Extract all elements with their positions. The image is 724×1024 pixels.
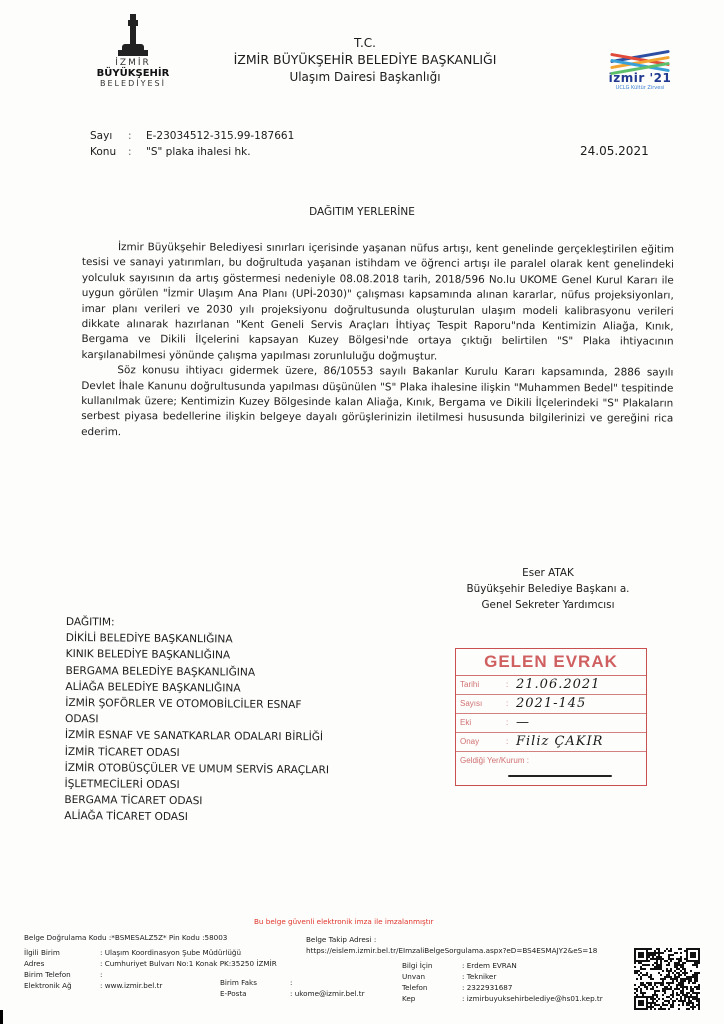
stamp-separator: : bbox=[506, 695, 516, 713]
footer-label: Birim Telefon bbox=[24, 969, 100, 980]
stamp-handwritten-line bbox=[508, 775, 612, 777]
distribution-item: KINIK BELEDİYE BAŞKANLIĞINA bbox=[66, 646, 331, 665]
footer-label: İlgili Birim bbox=[24, 947, 100, 958]
footer-value: : Ulaşım Koordinasyon Şube Müdürlüğü bbox=[100, 947, 310, 958]
stamp-value: 2021-145 bbox=[516, 695, 586, 713]
footer-label: Birim Faks bbox=[220, 977, 290, 988]
letterhead-department: Ulaşım Dairesi Başkanlığı bbox=[200, 69, 530, 86]
sayi-separator: : bbox=[128, 128, 146, 144]
distribution-item: BERGAMA BELEDİYE BAŞKANLIĞINA bbox=[65, 663, 330, 682]
document-meta: Sayı : E-23034512-315.99-187661 Konu : "… bbox=[90, 128, 294, 160]
distribution-item: İZMİR ŞOFÖRLER VE OTOMOBİLCİLER ESNAF bbox=[65, 695, 330, 714]
konu-separator: : bbox=[128, 144, 146, 160]
recipient-heading: DAĞITIM YERLERİNE bbox=[0, 206, 724, 218]
stamp-value: — bbox=[516, 714, 530, 732]
letterhead-tc: T.C. bbox=[200, 36, 530, 51]
footer-value: : Cumhuriyet Bulvarı No:1 Konak PK:35250… bbox=[100, 958, 310, 969]
tracking-label: Belge Takip Adresi : bbox=[306, 934, 597, 945]
incoming-document-stamp: GELEN EVRAK Tarihi : 21.06.2021 Sayısı :… bbox=[455, 648, 647, 786]
footer-value: : 2322931687 bbox=[462, 982, 512, 993]
body-paragraph-1: İzmir Büyükşehir Belediyesi sınırları iç… bbox=[81, 240, 674, 366]
distribution-item: İZMİR ESNAF VE SANATKARLAR ODALARI BİRLİ… bbox=[65, 727, 330, 746]
stamp-title: GELEN EVRAK bbox=[456, 649, 646, 676]
footer-value: : Tekniker bbox=[462, 971, 496, 982]
footer-row: Telefon : 2322931687 bbox=[402, 982, 603, 993]
ribbon-logo-icon bbox=[608, 52, 672, 72]
footer-value: : Erdem EVRAN bbox=[462, 960, 517, 971]
stamp-label: Sayısı bbox=[456, 695, 506, 713]
signer-title-2: Genel Sekreter Yardımcısı bbox=[448, 597, 648, 613]
qr-code-icon bbox=[634, 948, 700, 1010]
footer-label: E-Posta bbox=[220, 988, 290, 999]
footer-row: Birim Faks : bbox=[220, 977, 365, 988]
stamp-row-attachment: Eki : — bbox=[456, 714, 646, 733]
document-date: 24.05.2021 bbox=[580, 144, 649, 158]
signer-title-1: Büyükşehir Belediye Başkanı a. bbox=[448, 581, 648, 597]
izmir-21-logo: izmir '21 UCLG Kültür Zirvesi bbox=[608, 52, 672, 92]
sayi-row: Sayı : E-23034512-315.99-187661 bbox=[90, 128, 294, 144]
konu-label: Konu bbox=[90, 144, 128, 160]
kep-link[interactable]: : izmirbuyuksehirbelediye@hs01.kep.tr bbox=[462, 993, 603, 1004]
footer-label: Adres bbox=[24, 958, 100, 969]
stamp-label: Onay bbox=[456, 733, 506, 751]
footer-row: Kep : izmirbuyuksehirbelediye@hs01.kep.t… bbox=[402, 993, 603, 1004]
footer-label: Kep bbox=[402, 993, 462, 1004]
stamp-separator: : bbox=[506, 733, 516, 751]
izmir-21-tagline: UCLG Kültür Zirvesi bbox=[608, 85, 672, 92]
footer-label: Telefon bbox=[402, 982, 462, 993]
footer-row: İlgili Birim : Ulaşım Koordinasyon Şube … bbox=[24, 947, 310, 958]
esign-notice: Bu belge güvenli elektronik imza ile imz… bbox=[254, 917, 433, 926]
izmir-bb-logo: İZMİR BÜYÜKŞEHİR BELEDİYESİ bbox=[88, 14, 178, 89]
scan-edge-mark bbox=[0, 1010, 3, 1024]
stamp-origin-label: Geldiği Yer/Kurum : bbox=[456, 752, 646, 770]
clock-tower-icon bbox=[113, 14, 153, 58]
stamp-label: Eki bbox=[456, 714, 506, 732]
logo-line-3: BELEDİYESİ bbox=[88, 79, 178, 89]
tracking-url[interactable]: https://eislem.izmir.bel.tr/EImzaliBelge… bbox=[306, 945, 597, 956]
letterhead-institution: İZMİR BÜYÜKŞEHİR BELEDİYE BAŞKANLIĞI bbox=[200, 51, 530, 69]
tracking-block: Belge Takip Adresi : https://eislem.izmi… bbox=[306, 934, 597, 956]
footer-label: Elektronik Ağ bbox=[24, 980, 100, 991]
body-paragraph-2: Söz konusu ihtiyacı gidermek üzere, 86/1… bbox=[81, 363, 673, 443]
footer-row: Unvan : Tekniker bbox=[402, 971, 603, 982]
footer-row: Adres : Cumhuriyet Bulvarı No:1 Konak PK… bbox=[24, 958, 310, 969]
stamp-row-number: Sayısı : 2021-145 bbox=[456, 695, 646, 714]
logo-line-2: BÜYÜKŞEHİR bbox=[88, 68, 178, 79]
distribution-item: ALİAĞA TİCARET ODASI bbox=[64, 808, 329, 827]
stamp-label: Tarihi bbox=[456, 676, 506, 694]
footer-value: : bbox=[290, 977, 292, 988]
footer-label: Bilgi İçin bbox=[402, 960, 462, 971]
email-link[interactable]: : ukome@izmir.bel.tr bbox=[290, 988, 365, 999]
stamp-separator: : bbox=[506, 676, 516, 694]
konu-value: "S" plaka ihalesi hk. bbox=[146, 144, 251, 160]
stamp-value: Filiz ÇAKIR bbox=[516, 733, 603, 751]
sayi-label: Sayı bbox=[90, 128, 128, 144]
stamp-separator: : bbox=[506, 714, 516, 732]
footer-row: Bilgi İçin : Erdem EVRAN bbox=[402, 960, 603, 971]
fax-email: Birim Faks : E-Posta : ukome@izmir.bel.t… bbox=[220, 977, 365, 999]
signature-block: Eser ATAK Büyükşehir Belediye Başkanı a.… bbox=[448, 565, 648, 613]
signer-name: Eser ATAK bbox=[448, 565, 648, 581]
stamp-value: 21.06.2021 bbox=[516, 676, 600, 694]
konu-row: Konu : "S" plaka ihalesi hk. bbox=[90, 144, 294, 160]
stamp-row-date: Tarihi : 21.06.2021 bbox=[456, 676, 646, 695]
footer-row: E-Posta : ukome@izmir.bel.tr bbox=[220, 988, 365, 999]
verification-code: Belge Doğrulama Kodu :*BSMESALZ5Z* Pin K… bbox=[24, 933, 227, 942]
letterhead: T.C. İZMİR BÜYÜKŞEHİR BELEDİYE BAŞKANLIĞ… bbox=[200, 36, 530, 86]
contact-person: Bilgi İçin : Erdem EVRAN Unvan : Teknike… bbox=[402, 960, 603, 1004]
footer-label: Unvan bbox=[402, 971, 462, 982]
stamp-row-approval: Onay : Filiz ÇAKIR bbox=[456, 733, 646, 752]
letter-body: İzmir Büyükşehir Belediyesi sınırları iç… bbox=[81, 240, 674, 443]
sayi-value: E-23034512-315.99-187661 bbox=[146, 128, 294, 144]
logo-line-1: İZMİR bbox=[88, 58, 178, 68]
distribution-list: DAĞITIM: DİKİLİ BELEDİYE BAŞKANLIĞINA KI… bbox=[64, 614, 330, 827]
